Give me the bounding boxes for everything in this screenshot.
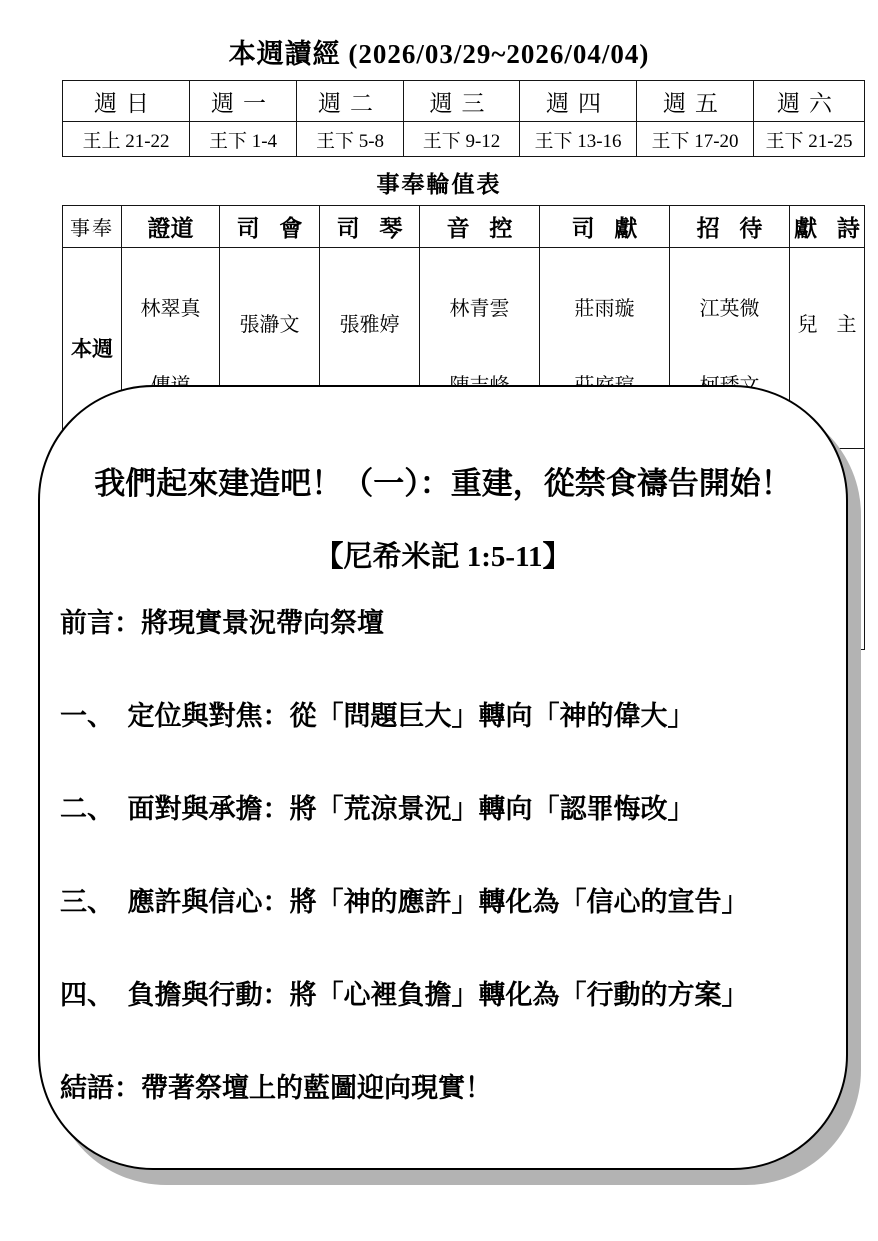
roster-section-title: 事奉輪值表: [0, 157, 878, 199]
reading-day-header: 週三: [404, 81, 520, 122]
person-name: 江英微: [670, 294, 789, 325]
roster-header-row: 事奉 證道 司 會 司 琴 音 控 司 獻 招 待 獻 詩: [63, 206, 865, 248]
roster-role-header: 司 會: [220, 206, 320, 248]
roster-role-header: 司 獻: [540, 206, 670, 248]
person-name: 張雅婷: [320, 310, 419, 341]
sermon-scripture-reference: 【尼希米記 1:5-11】: [40, 537, 846, 577]
person-name: 兒 主: [790, 310, 864, 341]
reading-section-title: 本週讀經 (2026/03/29~2026/04/04): [0, 0, 878, 71]
outline-point-2: 二、 面對與承擔：將「荒涼景況」轉向「認罪悔改」: [60, 791, 822, 827]
outline-point-3: 三、 應許與信心：將「神的應許」轉化為「信心的宣告」: [60, 884, 822, 920]
reading-day-header: 週二: [297, 81, 404, 122]
reading-day-header: 週六: [754, 81, 865, 122]
reading-table: 週日 週一 週二 週三 週四 週五 週六 王上 21-22 王下 1-4 王下 …: [62, 80, 865, 157]
bulletin-page: 本週讀經 (2026/03/29~2026/04/04) 週日 週一 週二 週三…: [0, 0, 878, 1241]
reading-table-header-row: 週日 週一 週二 週三 週四 週五 週六: [63, 81, 865, 122]
outline-point-4: 四、 負擔與行動：將「心裡負擔」轉化為「行動的方案」: [60, 977, 822, 1013]
roster-role-header: 司 琴: [320, 206, 420, 248]
reading-day-header: 週五: [637, 81, 754, 122]
reading-passage: 王下 17-20: [637, 122, 754, 157]
reading-table-passage-row: 王上 21-22 王下 1-4 王下 5-8 王下 9-12 王下 13-16 …: [63, 122, 865, 157]
roster-role-header: 音 控: [420, 206, 540, 248]
outline-point-1: 一、 定位與對焦：從「問題巨大」轉向「神的偉大」: [60, 698, 822, 734]
reading-passage: 王下 5-8: [297, 122, 404, 157]
person-name: 莊雨璇: [540, 294, 669, 325]
reading-day-header: 週四: [520, 81, 637, 122]
reading-passage: 王上 21-22: [63, 122, 190, 157]
reading-day-header: 週一: [190, 81, 297, 122]
sermon-outline-box: 我們起來建造吧！（一）：重建，從禁食禱告開始！ 【尼希米記 1:5-11】 前言…: [38, 385, 848, 1170]
roster-role-header: 招 待: [670, 206, 790, 248]
reading-day-header: 週日: [63, 81, 190, 122]
sermon-outline: 前言：將現實景況帶向祭壇 一、 定位與對焦：從「問題巨大」轉向「神的偉大」 二、…: [60, 605, 822, 1106]
roster-role-header: 獻 詩: [790, 206, 865, 248]
roster-corner-label: 事奉: [63, 206, 122, 248]
reading-passage: 王下 9-12: [404, 122, 520, 157]
person-name: 張瀞文: [220, 310, 319, 341]
reading-passage: 王下 21-25: [754, 122, 865, 157]
outline-conclusion: 結語：帶著祭壇上的藍圖迎向現實！: [60, 1070, 822, 1106]
roster-role-header: 證道: [122, 206, 220, 248]
outline-intro: 前言：將現實景況帶向祭壇: [60, 605, 822, 641]
reading-passage: 王下 13-16: [520, 122, 637, 157]
sermon-title: 我們起來建造吧！（一）：重建，從禁食禱告開始！: [40, 463, 846, 505]
reading-passage: 王下 1-4: [190, 122, 297, 157]
person-name: 林翠真: [122, 294, 219, 325]
